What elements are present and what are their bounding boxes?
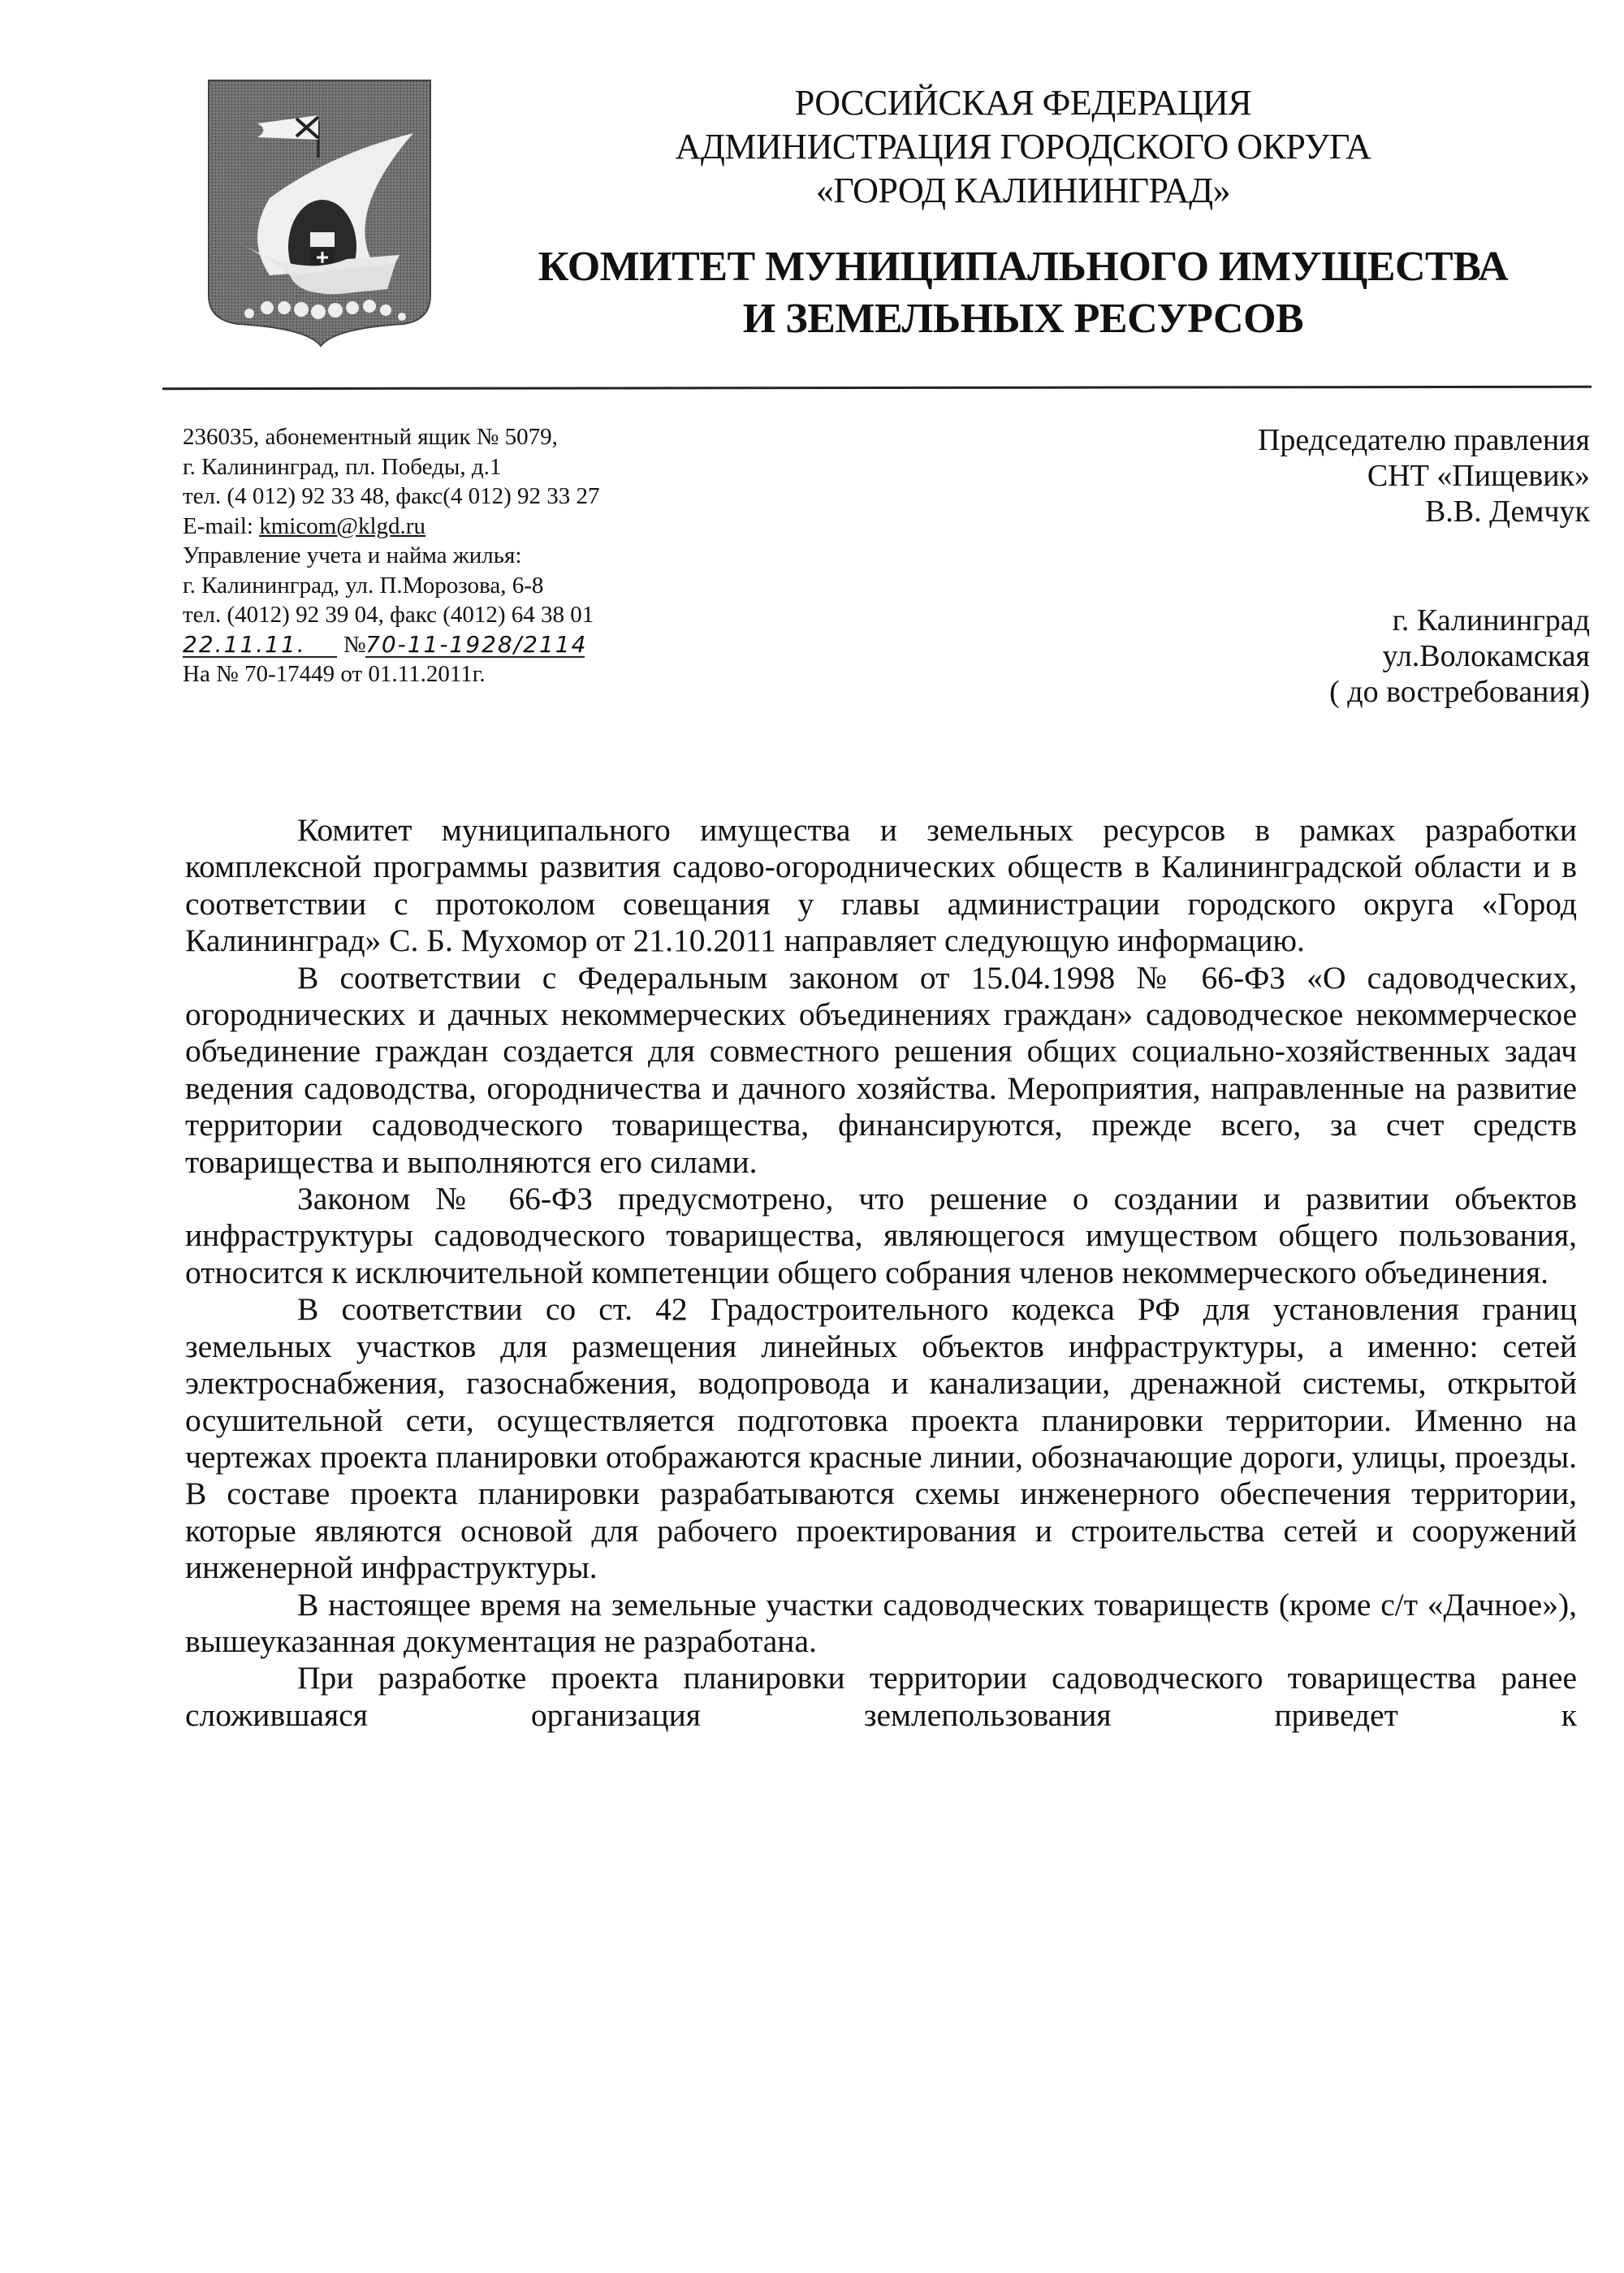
recipient-position: Председателю правления bbox=[1086, 422, 1590, 458]
body-paragraph-1: Комитет муниципального имущества и земел… bbox=[185, 812, 1577, 960]
committee-title: КОМИТЕТ МУНИЦИПАЛЬНОГО ИМУЩЕСТВА И ЗЕМЕЛ… bbox=[455, 241, 1592, 345]
org-header: РОССИЙСКАЯ ФЕДЕРАЦИЯ АДМИНИСТРАЦИЯ ГОРОД… bbox=[455, 81, 1592, 213]
body-paragraph-4: В соответствии со ст. 42 Градостроительн… bbox=[185, 1291, 1577, 1586]
recipient-street: ул.Волокамская bbox=[1086, 638, 1590, 674]
sender-department: Управление учета и найма жилья: bbox=[183, 541, 849, 571]
header-country: РОССИЙСКАЯ ФЕДЕРАЦИЯ bbox=[455, 81, 1592, 125]
email-link[interactable]: kmicom@klgd.ru bbox=[259, 513, 425, 539]
body-paragraph-6: При разработке проекта планировки террит… bbox=[185, 1660, 1577, 1734]
recipient-organization: СНТ «Пищевик» bbox=[1086, 458, 1590, 494]
recipient-city: г. Калининград bbox=[1086, 603, 1590, 638]
recipient-delivery-note: ( до востребования) bbox=[1086, 674, 1590, 710]
email-label: E-mail: bbox=[183, 513, 259, 539]
sender-department-address: г. Калининград, ул. П.Морозова, 6-8 bbox=[183, 571, 849, 601]
recipient-block: Председателю правления СНТ «Пищевик» В.В… bbox=[1086, 422, 1590, 710]
outgoing-date: 22.11.11. bbox=[183, 630, 337, 658]
letter-body: Комитет муниципального имущества и земел… bbox=[185, 812, 1577, 1734]
body-paragraph-3: Законом № 66-ФЗ предусмотрено, что решен… bbox=[185, 1181, 1577, 1291]
outgoing-number-label: № bbox=[343, 630, 366, 660]
kaliningrad-coat-of-arms-icon bbox=[201, 76, 436, 357]
header-city: «ГОРОД КАЛИНИНГРАД» bbox=[455, 169, 1592, 213]
header-administration: АДМИНИСТРАЦИЯ ГОРОДСКОГО ОКРУГА bbox=[455, 125, 1592, 169]
sender-address2: г. Калининград, пл. Победы, д.1 bbox=[183, 452, 849, 482]
sender-phone: тел. (4 012) 92 33 48, факс(4 012) 92 33… bbox=[183, 482, 849, 512]
reply-reference: На № 70-17449 от 01.11.2011г. bbox=[183, 659, 849, 689]
sender-email-row: E-mail: kmicom@klgd.ru bbox=[183, 512, 849, 542]
outgoing-registration-row: 22.11.11. № 70-11-1928/2114 bbox=[183, 630, 849, 660]
committee-title-line1: КОМИТЕТ МУНИЦИПАЛЬНОГО ИМУЩЕСТВА bbox=[455, 241, 1592, 293]
sender-address1: 236035, абонементный ящик № 5079, bbox=[183, 422, 849, 452]
committee-title-line2: И ЗЕМЕЛЬНЫХ РЕСУРСОВ bbox=[455, 293, 1592, 345]
body-paragraph-5: В настоящее время на земельные участки с… bbox=[185, 1587, 1577, 1661]
header-divider bbox=[162, 386, 1592, 390]
sender-department-phone: тел. (4012) 92 39 04, факс (4012) 64 38 … bbox=[183, 600, 849, 630]
recipient-name: В.В. Демчук bbox=[1086, 494, 1590, 529]
outgoing-number: 70-11-1928/2114 bbox=[365, 630, 585, 658]
sender-block: 236035, абонементный ящик № 5079, г. Кал… bbox=[183, 422, 849, 689]
body-paragraph-2: В соответствии с Федеральным законом от … bbox=[185, 960, 1577, 1181]
